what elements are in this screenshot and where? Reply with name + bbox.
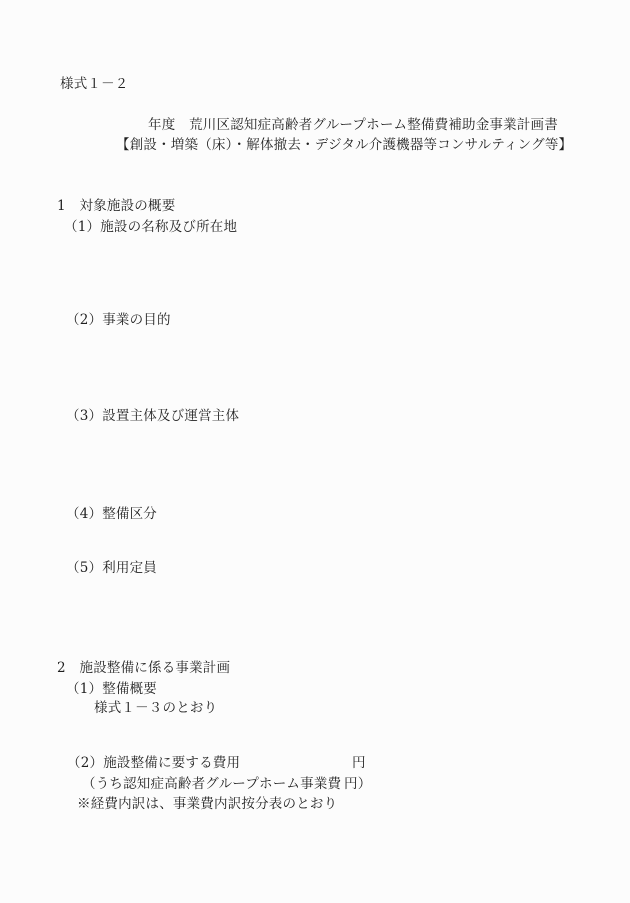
form-code: 様式１－２ <box>60 77 129 93</box>
section2-heading: 2 施設整備に係る事業計画 <box>57 661 230 677</box>
section2-cost-unit: 円 <box>352 756 366 772</box>
section1-heading: 1 対象施設の概要 <box>57 199 175 215</box>
section2-cost-note: ※経費内訳は、事業費内訳按分表のとおり <box>77 797 337 813</box>
section1-item-establisher-operator: （3）設置主体及び運営主体 <box>66 409 239 425</box>
section2-cost-label: （2）施設整備に要する費用 <box>67 756 240 772</box>
section2-grouphome-cost-unit: 円） <box>344 777 371 793</box>
section1-item-user-capacity: （5）利用定員 <box>66 561 157 577</box>
section2-overview-value: 様式１－３のとおり <box>94 701 217 717</box>
document-title-line2: 【創設・増築（床）・解体撤去・デジタル介護機器等コンサルティング等】 <box>116 138 572 154</box>
section1-item-improvement-category: （4）整備区分 <box>66 507 157 523</box>
section1-item-facility-name-location: （1）施設の名称及び所在地 <box>64 220 237 236</box>
document-title-line1: 年度 荒川区認知症高齢者グループホーム整備費補助金事業計画書 <box>148 118 558 134</box>
document-page: 様式１－２ 年度 荒川区認知症高齢者グループホーム整備費補助金事業計画書 【創設… <box>0 0 630 903</box>
section2-grouphome-cost-label: （うち認知症高齢者グループホーム事業費 <box>82 777 341 793</box>
section1-item-business-purpose: （2）事業の目的 <box>66 313 171 329</box>
section2-overview-label: （1）整備概要 <box>66 682 157 698</box>
